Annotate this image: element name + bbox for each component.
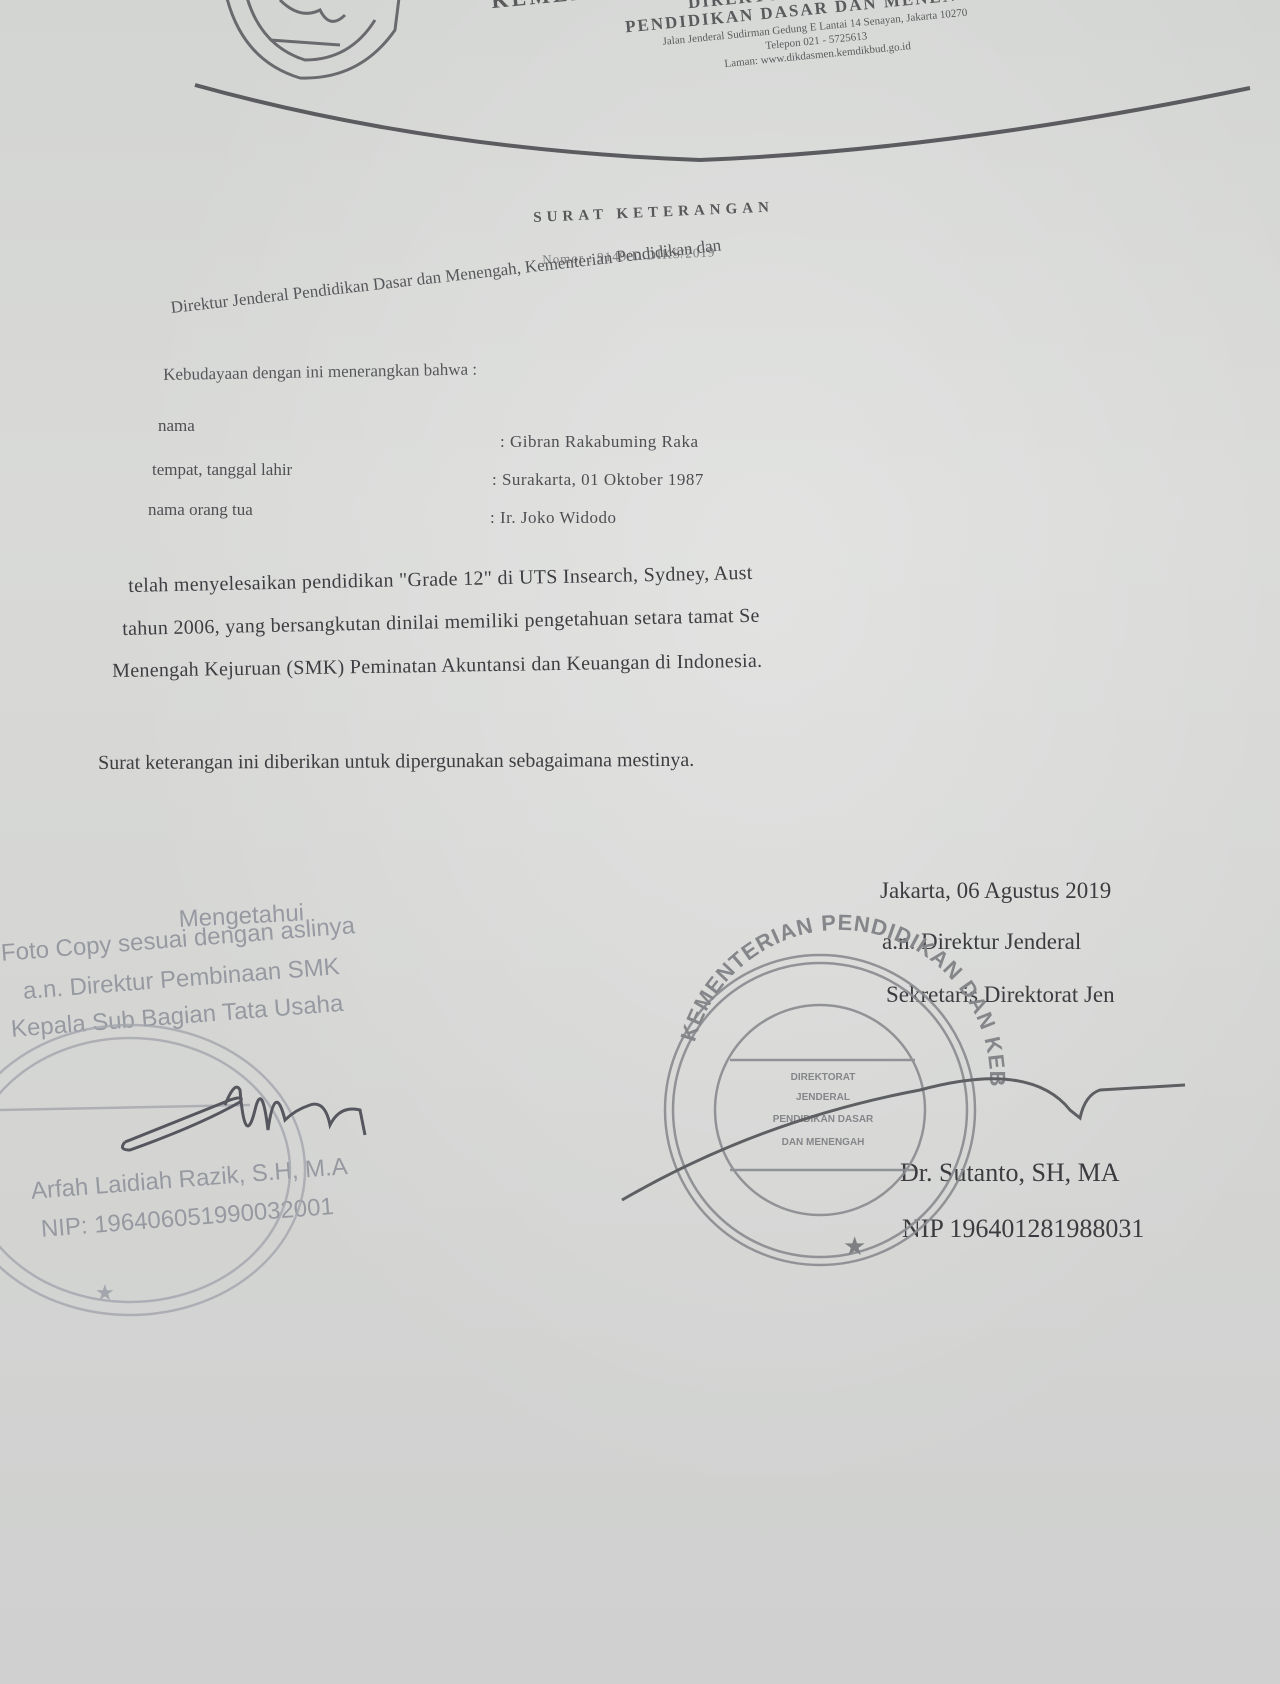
official-stamp-inner-1: DIREKTORAT [791,1072,856,1083]
letterhead: KEMENTERIAN PENDIDIKAN DAN KEBUDAYAAN DI… [430,0,1196,98]
legalization-signature [122,1087,365,1150]
signatory-name: Dr. Sutanto, SH, MA [900,1158,1120,1188]
official-stamp-inner-2: JENDERAL [796,1092,850,1103]
statement-line-3: Menengah Kejuruan (SMK) Peminatan Akunta… [112,650,763,683]
place-date: Jakarta, 06 Agustus 2019 [880,878,1111,904]
star-icon: ★ [843,1232,866,1261]
document-title: SURAT KETERANGAN [533,199,774,226]
statement-line-1: telah menyelesaikan pendidikan "Grade 12… [128,562,753,598]
signatory-nip: NIP 196401281988031 [902,1214,1144,1244]
opening-line-2: Kebudayaan dengan ini menerangkan bahwa … [163,360,477,385]
identity-value-birth: : Surakarta, 01 Oktober 1987 [492,470,704,490]
letterhead-divider [195,85,1250,160]
official-stamp-inner-4: DAN MENENGAH [782,1137,865,1148]
statement-line-2: tahun 2006, yang bersangkutan dinilai me… [122,605,760,641]
identity-value-name: : Gibran Rakabuming Raka [500,432,699,452]
identity-value-parent: : Ir. Joko Widodo [490,508,617,528]
opening-line-1: Direktur Jenderal Pendidikan Dasar dan M… [171,264,725,318]
identity-label-name: nama [158,416,195,436]
official-stamp-inner-3: PENDIDIKAN DASAR [773,1114,874,1125]
legalization-star-icon: ★ [95,1280,115,1305]
on-behalf-of: a.n. Direktur Jenderal [882,929,1081,955]
signatory-position: Sekretaris Direktorat Jen [886,982,1115,1008]
closing-statement: Surat keterangan ini diberikan untuk dip… [98,749,694,775]
ministry-logo-icon [225,0,400,78]
opening-line-1-text: Direktur Jenderal Pendidikan Dasar dan M… [170,235,722,318]
identity-label-birth: tempat, tanggal lahir [152,460,292,480]
official-stamp-outer-text: KEMENTERIAN PENDIDIKAN DAN KEBUDAYAAN [0,0,1010,1088]
identity-label-parent: nama orang tua [148,500,253,520]
